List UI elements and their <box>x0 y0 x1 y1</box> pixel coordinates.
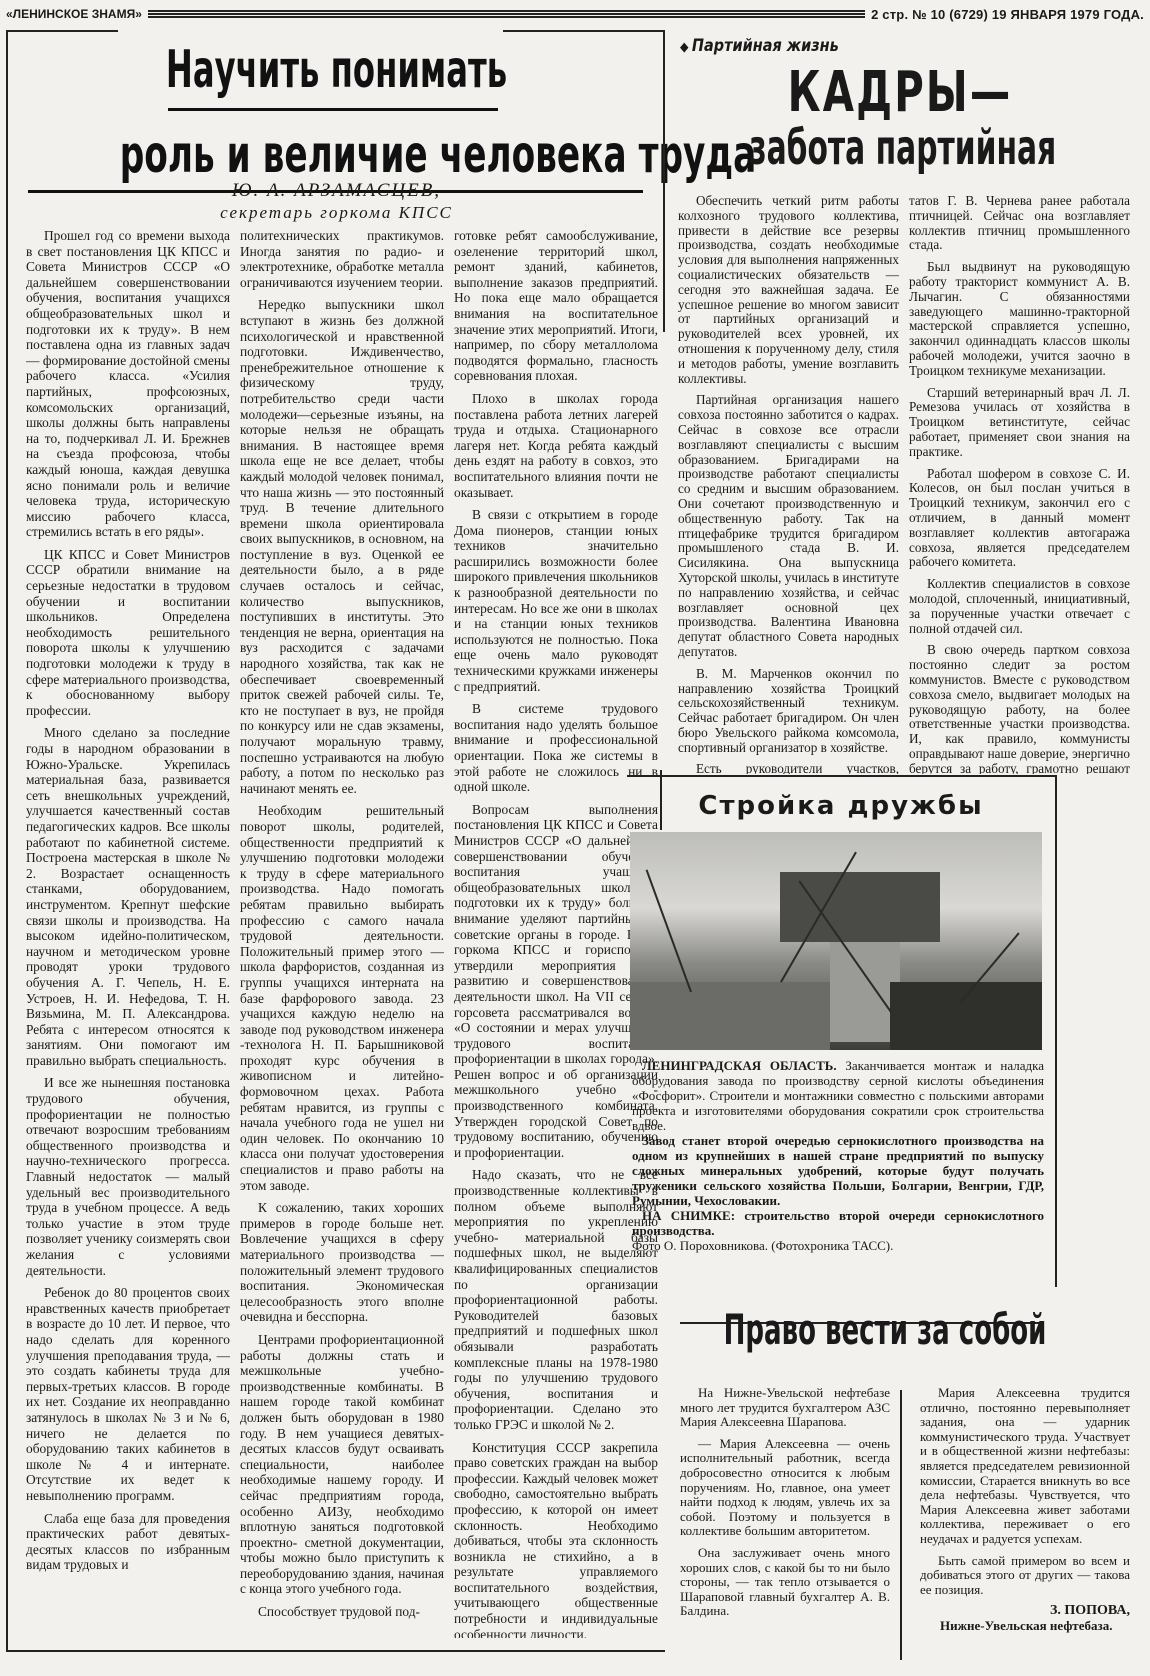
section-rubric: ◆Партийная жизнь <box>680 36 839 56</box>
paragraph: Ребенок до 80 процентов своих нравственн… <box>26 1285 230 1503</box>
paragraph: Старший ветеринарный врач Л. Л. Ремезова… <box>909 386 1130 460</box>
photo-caption: ЛЕНИНГРАДСКАЯ ОБЛАСТЬ. Заканчивается мон… <box>632 1058 1044 1253</box>
headline-right-to-lead: Право вести за собой <box>724 1305 997 1354</box>
paragraph: В. М. Марченков окончил по направлению х… <box>678 667 899 756</box>
column-2: татов Г. В. Чернева ранее работала птичн… <box>909 194 1130 774</box>
paragraph: Много сделано за последние годы в народн… <box>26 725 230 1068</box>
column-2: Мария Алексеевна трудится отлично, посто… <box>920 1386 1130 1671</box>
signature: З. ПОПОВА, <box>920 1604 1130 1619</box>
paragraph: Прошел год со времени выхода в свет пост… <box>26 228 230 540</box>
photo-title: Стройка дружбы <box>627 791 1055 821</box>
paragraph: Нередко выпускники школ вступают в жизнь… <box>240 297 444 796</box>
paragraph: политехнических практикумов. Иногда заня… <box>240 228 444 290</box>
paper-name: «ЛЕНИНСКОЕ ЗНАМЯ» <box>6 7 142 21</box>
byline: Ю. А. АРЗАМАСЦЕВ, секретарь горкома КПСС <box>8 180 665 224</box>
paragraph: И все же нынешняя постановка трудового о… <box>26 1075 230 1278</box>
paragraph: К сожалению, таких хороших примеров в го… <box>240 1200 444 1325</box>
headline-line-2: роль и величие человека труда <box>120 125 554 185</box>
paragraph: Партийная организация нашего совхоза пос… <box>678 393 899 659</box>
caption-lead: ЛЕНИНГРАДСКАЯ ОБЛАСТЬ. <box>642 1058 837 1073</box>
paragraph: Она заслуживает очень много хороших слов… <box>680 1546 890 1619</box>
paragraph: Конституция СССР закрепила право советск… <box>454 1440 658 1638</box>
caption-text: Завод станет второй очередью сернокислот… <box>632 1133 1044 1208</box>
article-cadres-body: Обеспечить четкий ритм работы колхозного… <box>678 194 1130 774</box>
paragraph: Есть руководители участков, которые ране… <box>678 762 899 774</box>
column-1: На Нижне-Увельской нефтебазе много лет т… <box>680 1386 890 1671</box>
headline-divider <box>168 108 498 111</box>
headline-cadres: КАДРЫ— <box>742 60 1059 125</box>
paragraph: татов Г. В. Чернева ранее работала птичн… <box>909 194 1130 253</box>
masthead-rule <box>148 10 865 19</box>
paragraph: Способствует трудовой под- <box>240 1604 444 1620</box>
author-name: Ю. А. АРЗАМАСЦЕВ, <box>8 180 665 202</box>
paragraph: готовке ребят самообслуживание, озеленен… <box>454 228 658 384</box>
signature-role: Нижне-Увельская нефтебаза. <box>920 1619 1130 1634</box>
paragraph: На Нижне-Увельской нефтебазе много лет т… <box>680 1386 890 1430</box>
issue-info: 2 стр. № 10 (6729) 19 ЯНВАРЯ 1979 ГОДА. <box>871 7 1144 22</box>
paragraph: В свою очередь партком совхоза постоянно… <box>909 643 1130 774</box>
headline-cadres-sub: забота партийная <box>749 120 1040 176</box>
author-role: секретарь горкома КПСС <box>8 202 665 224</box>
paragraph: Слаба еще база для проведения практическ… <box>26 1511 230 1573</box>
paragraph: Необходим решительный поворот школы, род… <box>240 803 444 1193</box>
paragraph: В связи с открытием в городе Дома пионер… <box>454 507 658 694</box>
paragraph: Быть самой примером во всем и добиваться… <box>920 1554 1130 1598</box>
article-education: Научить понимать роль и величие человека… <box>6 30 665 1652</box>
article-right-to-lead-body: На Нижне-Увельской нефтебазе много лет т… <box>680 1386 1130 1671</box>
rubric-label: Партийная жизнь <box>692 36 839 56</box>
paragraph: — Мария Алексеевна — очень исполнительны… <box>680 1437 890 1539</box>
paragraph: Мария Алексеевна трудится отлично, посто… <box>920 1386 1130 1547</box>
column-1: Обеспечить четкий ритм работы колхозного… <box>678 194 899 774</box>
frame-line <box>660 770 662 830</box>
headline-line-1: Научить понимать <box>133 40 540 100</box>
paragraph: Центрами профориентационной работы должн… <box>240 1332 444 1597</box>
paragraph: Плохо в школах города поставлена работа … <box>454 391 658 500</box>
paragraph: Обеспечить четкий ритм работы колхозного… <box>678 194 899 386</box>
paragraph: Работал шофером в совхозе С. И. Колесов,… <box>909 467 1130 571</box>
paragraph: Коллектив специалистов в совхозе молодой… <box>909 577 1130 636</box>
masthead: «ЛЕНИНСКОЕ ЗНАМЯ» 2 стр. № 10 (6729) 19 … <box>6 4 1144 24</box>
diamond-icon: ◆ <box>680 40 689 55</box>
caption-lead: НА СНИМКЕ: <box>642 1208 735 1223</box>
column-1: Прошел год со времени выхода в свет пост… <box>26 228 230 1638</box>
column-2: политехнических практикумов. Иногда заня… <box>240 228 444 1638</box>
paragraph: ЦК КПСС и Совет Министров СССР обратили … <box>26 547 230 719</box>
paragraph: Был выдвинут на руководящую работу тракт… <box>909 260 1130 378</box>
article-body: Прошел год со времени выхода в свет пост… <box>26 228 658 1638</box>
photo-credit: Фото О. Пороховникова. (Фотохроника ТАСС… <box>632 1238 1044 1253</box>
construction-photo <box>630 832 1042 1050</box>
